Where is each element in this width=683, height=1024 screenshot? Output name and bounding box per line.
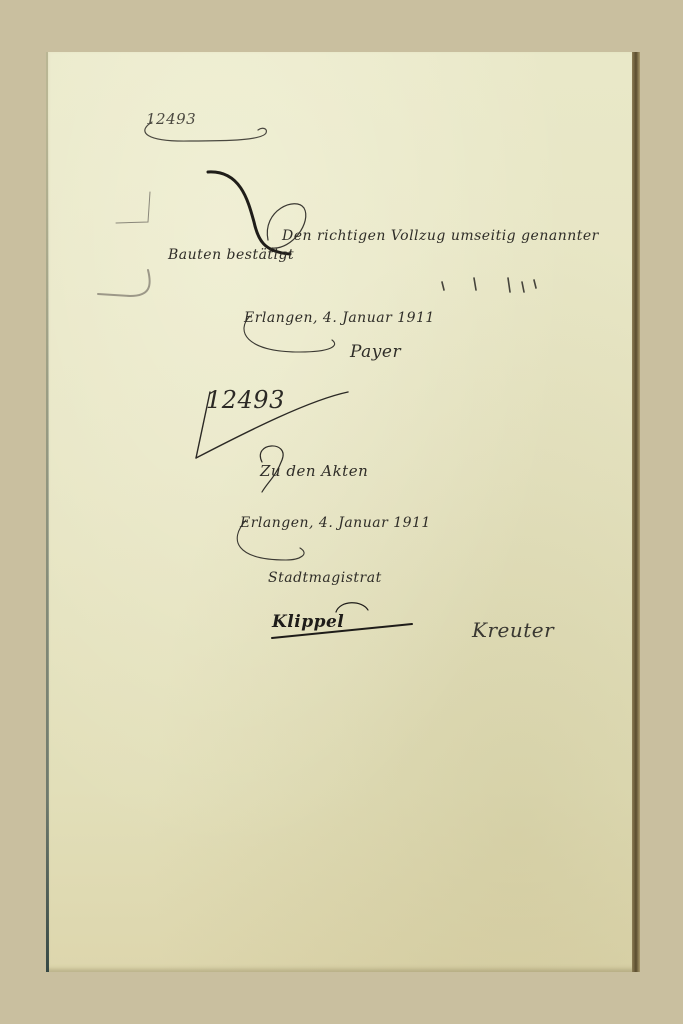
signature-2: Klippel [272, 612, 344, 632]
signature-3: Kreuter [472, 618, 554, 642]
ink-flourishes [0, 0, 683, 1024]
file-number-top: 12493 [146, 110, 196, 128]
body-text-line-1: Den richtigen Vollzug umseitig genannter [282, 228, 599, 244]
office-name: Stadtmagistrat [268, 570, 382, 586]
instruction-text: Zu den Akten [260, 462, 368, 480]
file-number-mid: 12493 [206, 386, 285, 414]
body-text-line-2: Bauten bestätigt [168, 247, 294, 263]
signature-1: Payer [350, 342, 401, 362]
place-date-2: Erlangen, 4. Januar 1911 [240, 515, 431, 531]
place-date-1: Erlangen, 4. Januar 1911 [244, 310, 435, 326]
